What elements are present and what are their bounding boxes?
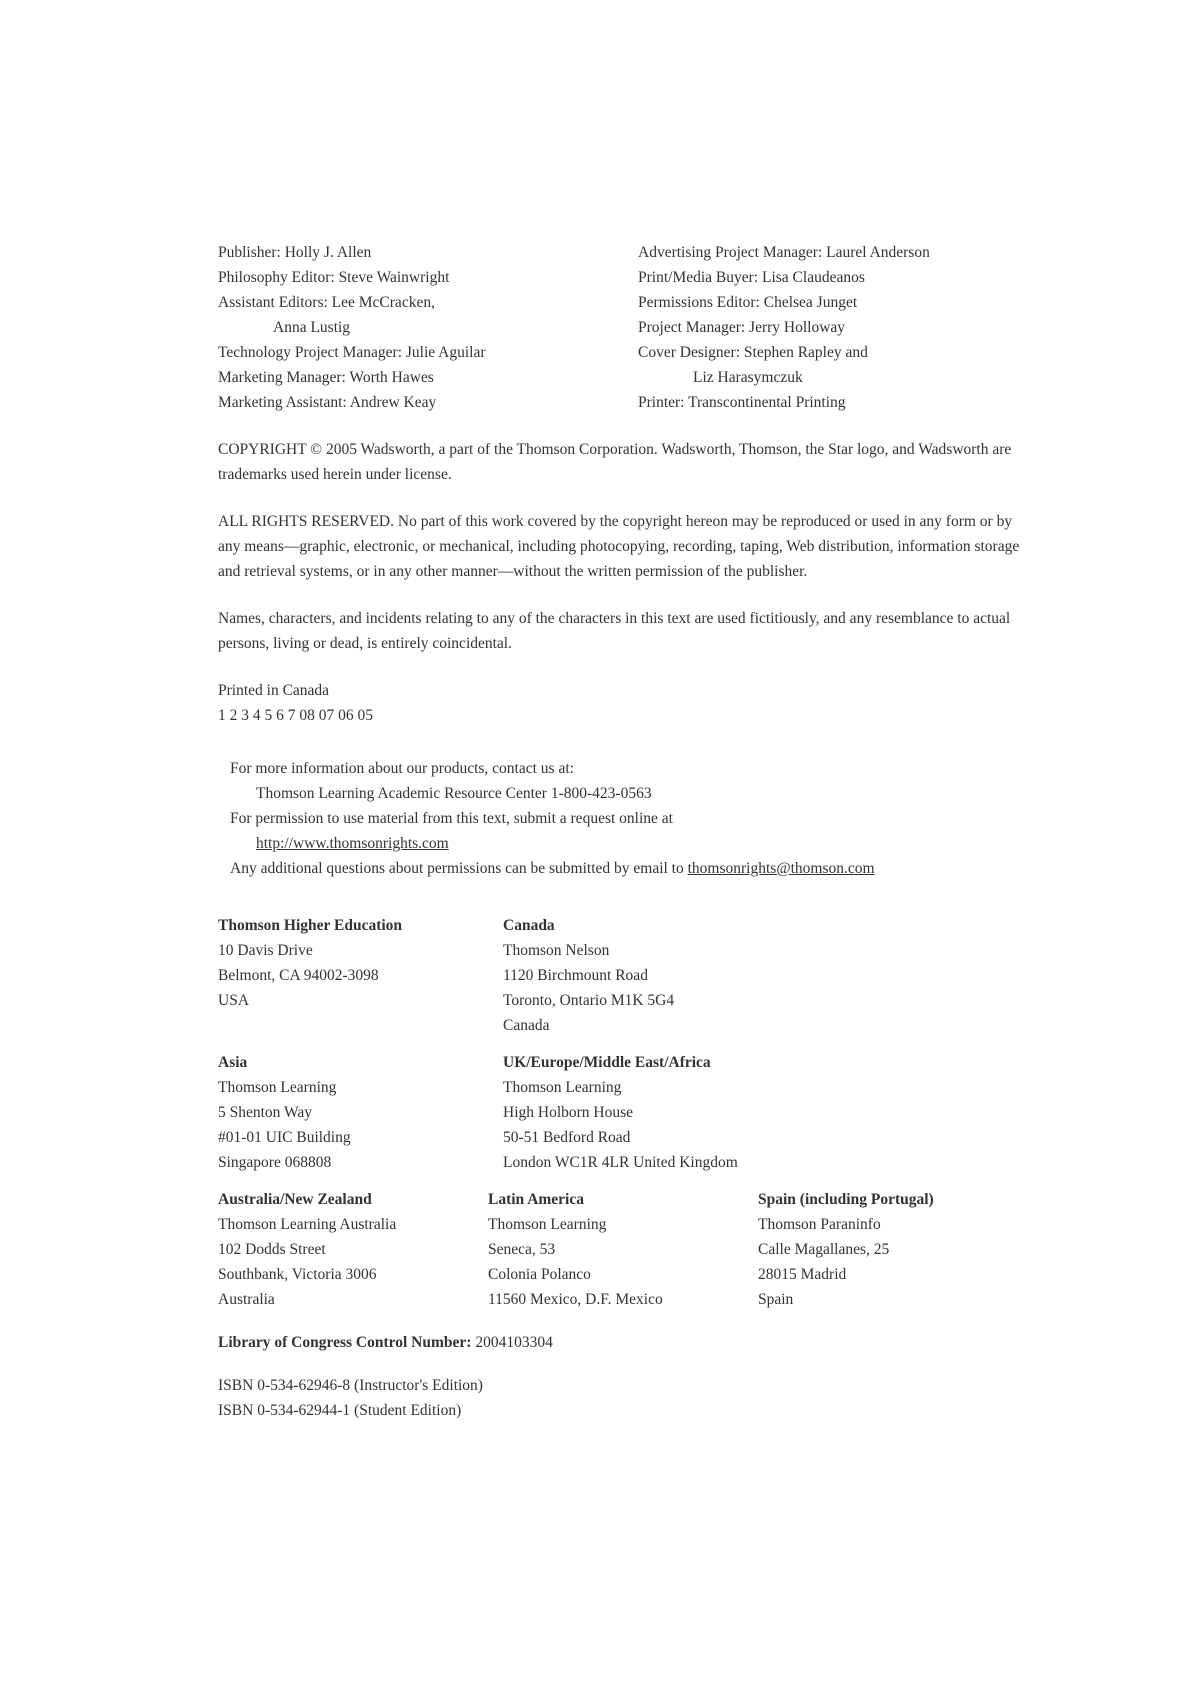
address-block: CanadaThomson Nelson1120 Birchmount Road… [503,913,1028,1038]
address-line: Spain [758,1287,1028,1312]
credits-left-column: Publisher: Holly J. AllenPhilosophy Edit… [218,240,638,415]
address-block: Thomson Higher Education10 Davis DriveBe… [218,913,503,1038]
contact-info: For more information about our products,… [218,756,1028,881]
credit-line: Liz Harasymczuk [638,365,1028,390]
lc-label: Library of Congress Control Number: [218,1334,471,1351]
address-line: Australia [218,1287,488,1312]
printing-info: Printed in Canada 1 2 3 4 5 6 7 08 07 06… [218,678,1028,728]
credit-line: Marketing Assistant: Andrew Keay [218,390,638,415]
credit-line: Anna Lustig [218,315,638,340]
address-line: Thomson Paraninfo [758,1212,1028,1237]
address-line: 1120 Birchmount Road [503,963,1028,988]
address-line: 102 Dodds Street [218,1237,488,1262]
address-heading: Canada [503,913,1028,938]
address-heading: Asia [218,1050,503,1075]
paragraph-text: ALL RIGHTS RESERVED. No part of this wor… [218,509,1028,584]
address-row: AsiaThomson Learning5 Shenton Way#01-01 … [218,1050,1028,1175]
additional-questions-text: Any additional questions about permissio… [230,856,1028,881]
address-heading: UK/Europe/Middle East/Africa [503,1050,1028,1075]
permissions-url-link[interactable]: http://www.thomsonrights.com [256,835,449,852]
publisher-addresses: Thomson Higher Education10 Davis DriveBe… [218,913,1028,1312]
address-block: Latin AmericaThomson LearningSeneca, 53C… [488,1187,758,1312]
address-line: Seneca, 53 [488,1237,758,1262]
address-line: Southbank, Victoria 3006 [218,1262,488,1287]
credit-line: Print/Media Buyer: Lisa Claudeanos [638,265,1028,290]
credit-line: Technology Project Manager: Julie Aguila… [218,340,638,365]
rights-reserved-notice: ALL RIGHTS RESERVED. No part of this wor… [218,509,1028,584]
address-heading: Australia/New Zealand [218,1187,488,1212]
address-line: Thomson Learning [218,1075,503,1100]
more-info-text: For more information about our products,… [230,756,1028,781]
credit-line: Assistant Editors: Lee McCracken, [218,290,638,315]
address-line: 5 Shenton Way [218,1100,503,1125]
credit-line: Philosophy Editor: Steve Wainwright [218,265,638,290]
address-line: Belmont, CA 94002-3098 [218,963,503,988]
printed-country: Printed in Canada [218,678,1028,703]
print-line-numbers: 1 2 3 4 5 6 7 08 07 06 05 [218,703,1028,728]
address-heading: Latin America [488,1187,758,1212]
credit-line: Printer: Transcontinental Printing [638,390,1028,415]
paragraph-text: Names, characters, and incidents relatin… [218,606,1028,656]
copyright-page: Publisher: Holly J. AllenPhilosophy Edit… [218,240,1028,1423]
address-block: Spain (including Portugal)Thomson Parani… [758,1187,1028,1312]
address-line: Thomson Learning [503,1075,1028,1100]
address-line: 50-51 Bedford Road [503,1125,1028,1150]
address-block: AsiaThomson Learning5 Shenton Way#01-01 … [218,1050,503,1175]
address-heading: Thomson Higher Education [218,913,503,938]
address-block: UK/Europe/Middle East/AfricaThomson Lear… [503,1050,1028,1175]
address-block: Australia/New ZealandThomson Learning Au… [218,1187,488,1312]
address-line: Singapore 068808 [218,1150,503,1175]
credits-right-column: Advertising Project Manager: Laurel Ande… [638,240,1028,415]
address-line: Calle Magallanes, 25 [758,1237,1028,1262]
credit-line: Publisher: Holly J. Allen [218,240,638,265]
address-row: Australia/New ZealandThomson Learning Au… [218,1187,1028,1312]
address-line: Thomson Nelson [503,938,1028,963]
address-line: Canada [503,1013,1028,1038]
address-line: Thomson Learning [488,1212,758,1237]
address-line: 10 Davis Drive [218,938,503,963]
resource-center-text: Thomson Learning Academic Resource Cente… [230,781,1028,806]
address-line: London WC1R 4LR United Kingdom [503,1150,1028,1175]
copyright-notice: COPYRIGHT © 2005 Wadsworth, a part of th… [218,437,1028,487]
address-line: Toronto, Ontario M1K 5G4 [503,988,1028,1013]
credits-block: Publisher: Holly J. AllenPhilosophy Edit… [218,240,1028,415]
address-line: High Holborn House [503,1100,1028,1125]
address-heading: Spain (including Portugal) [758,1187,1028,1212]
address-row: Thomson Higher Education10 Davis DriveBe… [218,913,1028,1038]
lc-number: 2004103304 [475,1334,553,1351]
address-line: #01-01 UIC Building [218,1125,503,1150]
permission-text: For permission to use material from this… [230,806,1028,831]
credit-line: Marketing Manager: Worth Hawes [218,365,638,390]
address-line: Colonia Polanco [488,1262,758,1287]
library-of-congress: Library of Congress Control Number: 2004… [218,1330,1028,1355]
paragraph-text: COPYRIGHT © 2005 Wadsworth, a part of th… [218,437,1028,487]
isbn-block: ISBN 0-534-62946-8 (Instructor's Edition… [218,1373,1028,1423]
address-line: USA [218,988,503,1013]
fiction-disclaimer: Names, characters, and incidents relatin… [218,606,1028,656]
permissions-email-link[interactable]: thomsonrights@thomson.com [688,860,875,877]
credit-line: Cover Designer: Stephen Rapley and [638,340,1028,365]
address-line: 28015 Madrid [758,1262,1028,1287]
credit-line: Advertising Project Manager: Laurel Ande… [638,240,1028,265]
address-line: Thomson Learning Australia [218,1212,488,1237]
isbn-line: ISBN 0-534-62944-1 (Student Edition) [218,1398,1028,1423]
credit-line: Project Manager: Jerry Holloway [638,315,1028,340]
credit-line: Permissions Editor: Chelsea Junget [638,290,1028,315]
address-line: 11560 Mexico, D.F. Mexico [488,1287,758,1312]
isbn-line: ISBN 0-534-62946-8 (Instructor's Edition… [218,1373,1028,1398]
